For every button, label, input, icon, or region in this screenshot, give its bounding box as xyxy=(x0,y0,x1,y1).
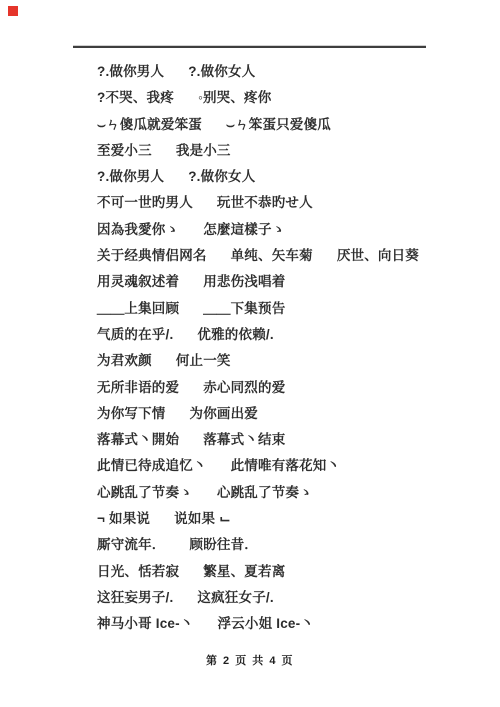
couple-name: 用灵魂叙述着 xyxy=(97,269,179,295)
couple-name: 何止一笑 xyxy=(176,348,231,374)
couple-name: ⌣ㄣ笨蛋只爱傻瓜 xyxy=(226,112,331,138)
name-pair-line: 心跳乱了节奏ゝ心跳乱了节奏ゝ xyxy=(97,480,490,506)
name-pair-line: 为君欢颜何止一笑 xyxy=(97,348,490,374)
header-divider-line xyxy=(73,46,426,48)
name-pair-line: ＿＿上集回顾＿＿下集预告 xyxy=(97,296,490,322)
couple-name: 日光、恬若寂 xyxy=(97,559,179,585)
couple-name: 优雅的依赖/. xyxy=(197,322,273,348)
couple-name: ?.做你女人 xyxy=(188,59,255,85)
name-pair-line: ⌣ㄣ傻瓜就爱笨蛋⌣ㄣ笨蛋只爱傻瓜 xyxy=(97,112,490,138)
name-pair-line: 落幕式丶開始落幕式丶结束 xyxy=(97,427,490,453)
couple-name: 落幕式丶開始 xyxy=(97,427,179,453)
name-pair-line: ¬ 如果说说如果 ⌙ xyxy=(97,506,490,532)
red-square-marker xyxy=(8,6,18,16)
couple-name: 繁星、夏若离 xyxy=(203,559,285,585)
couple-name: 落幕式丶结束 xyxy=(203,427,285,453)
couple-name: 厌世、向日葵 xyxy=(337,243,419,269)
couple-name: 顾盼往昔． xyxy=(190,532,259,558)
couple-name: 赤心同烈的爱 xyxy=(203,375,285,401)
couple-name: 因為我愛你ゝ xyxy=(97,217,179,243)
couple-name: ¬ 如果说 xyxy=(97,506,150,532)
couple-name: 厮守流年． xyxy=(97,532,166,558)
couple-name: 此情唯有落花知丶 xyxy=(231,453,341,479)
couple-name: ?.做你女人 xyxy=(188,164,255,190)
page-number-footer: 第 2 页 共 4 页 xyxy=(0,654,500,668)
name-pair-line: ?.做你男人?.做你女人 xyxy=(97,164,490,190)
name-pair-line: 至爱小三我是小三 xyxy=(97,138,490,164)
name-pair-line: 无所非语的爱赤心同烈的爱 xyxy=(97,375,490,401)
couple-name: 为你画出爱 xyxy=(190,401,259,427)
name-pair-line: 关于经典情侣网名单纯、矢车菊厌世、向日葵 xyxy=(97,243,490,269)
name-pair-line: 神马小哥 Ice-丶浮云小姐 Ice-丶 xyxy=(97,611,490,637)
couple-name: 浮云小姐 Ice-丶 xyxy=(218,611,315,637)
couple-name: 无所非语的爱 xyxy=(97,375,179,401)
couple-name: 这狂妄男子/. xyxy=(97,585,173,611)
couple-name: 为君欢颜 xyxy=(97,348,152,374)
name-pair-line: 不可一世旳男人玩世不恭旳せ人 xyxy=(97,190,490,216)
couple-name: ◦别哭、疼你 xyxy=(198,85,272,111)
couple-name: 这疯狂女子/. xyxy=(197,585,273,611)
name-pair-line: ?.做你男人?.做你女人 xyxy=(97,59,490,85)
name-pair-line: 因為我愛你ゝ怎麼這樣子ゝ xyxy=(97,217,490,243)
couple-name: 怎麼這樣子ゝ xyxy=(203,217,285,243)
name-pair-line: ?不哭、我疼◦别哭、疼你 xyxy=(97,85,490,111)
couple-name: 神马小哥 Ice-丶 xyxy=(97,611,194,637)
couple-name: 我是小三 xyxy=(176,138,231,164)
couple-name: ⌣ㄣ傻瓜就爱笨蛋 xyxy=(97,112,202,138)
couple-name: ?.做你男人 xyxy=(97,164,164,190)
couple-name: 玩世不恭旳せ人 xyxy=(217,190,313,216)
couple-name: 不可一世旳男人 xyxy=(97,190,193,216)
name-pair-line: 厮守流年．顾盼往昔． xyxy=(97,532,490,558)
name-pair-line: 这狂妄男子/.这疯狂女子/. xyxy=(97,585,490,611)
name-pair-line: 日光、恬若寂繁星、夏若离 xyxy=(97,559,490,585)
couple-name: ＿＿下集预告 xyxy=(203,296,285,322)
couple-name: ?.做你男人 xyxy=(97,59,164,85)
couple-name-list: ?.做你男人?.做你女人?不哭、我疼◦别哭、疼你⌣ㄣ傻瓜就爱笨蛋⌣ㄣ笨蛋只爱傻瓜… xyxy=(97,59,490,638)
couple-name: 气质的在乎/. xyxy=(97,322,173,348)
couple-name: 心跳乱了节奏ゝ xyxy=(217,480,313,506)
couple-name: 心跳乱了节奏ゝ xyxy=(97,480,193,506)
couple-name: 用悲伤浅唱着 xyxy=(203,269,285,295)
couple-name: 单纯、矢车菊 xyxy=(231,243,313,269)
couple-name: 说如果 ⌙ xyxy=(174,506,231,532)
document-page: ?.做你男人?.做你女人?不哭、我疼◦别哭、疼你⌣ㄣ傻瓜就爱笨蛋⌣ㄣ笨蛋只爱傻瓜… xyxy=(0,0,500,707)
couple-name: 此情已待成追忆丶 xyxy=(97,453,207,479)
name-pair-line: 此情已待成追忆丶此情唯有落花知丶 xyxy=(97,453,490,479)
name-pair-line: 用灵魂叙述着用悲伤浅唱着 xyxy=(97,269,490,295)
couple-name: 为你写下情 xyxy=(97,401,166,427)
couple-name: ＿＿上集回顾 xyxy=(97,296,179,322)
couple-name: 至爱小三 xyxy=(97,138,152,164)
couple-name: ?不哭、我疼 xyxy=(97,85,174,111)
name-pair-line: 气质的在乎/.优雅的依赖/. xyxy=(97,322,490,348)
name-pair-line: 为你写下情为你画出爱 xyxy=(97,401,490,427)
couple-name: 关于经典情侣网名 xyxy=(97,243,207,269)
